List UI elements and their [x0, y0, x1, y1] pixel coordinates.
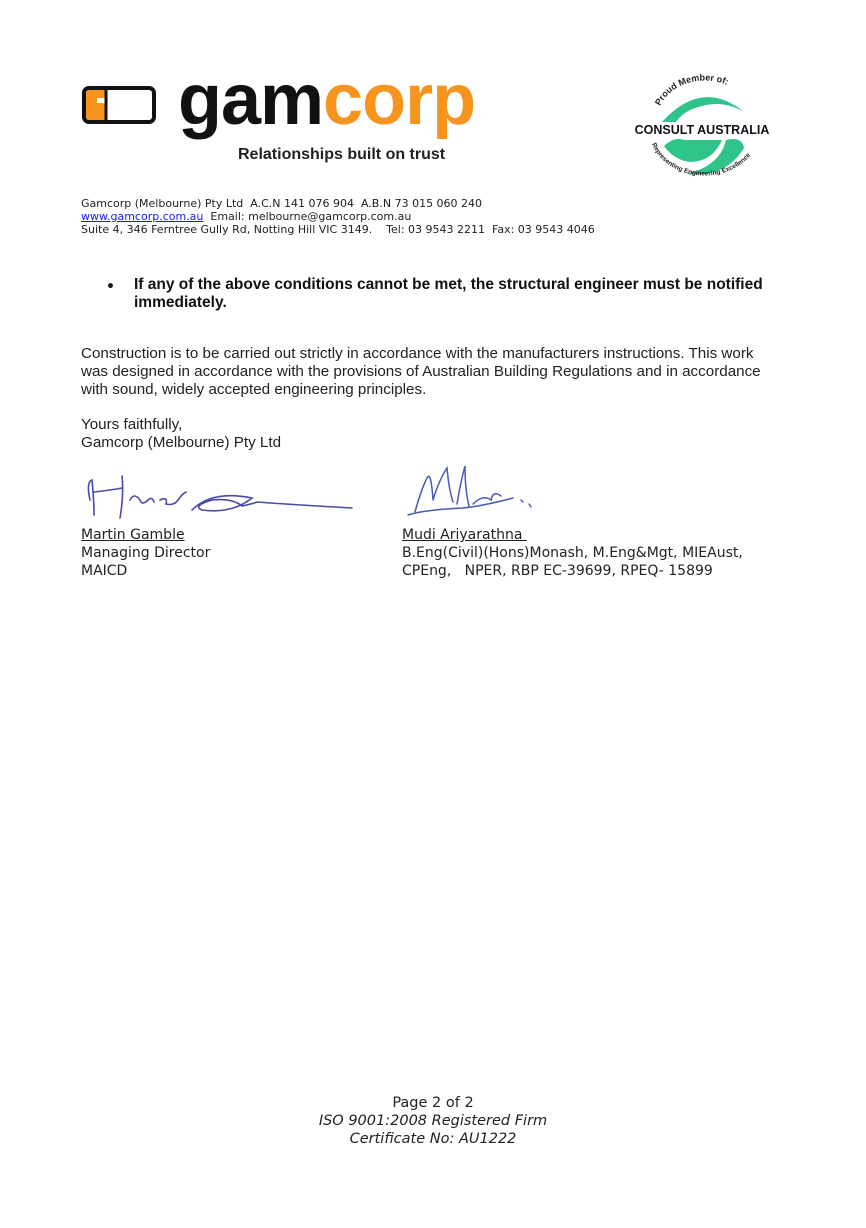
signatory-mudi-ariyarathna: Mudi Ariyarathna B.Eng(Civil)(Hons)Monas…: [402, 526, 743, 580]
logo-word-dark: gam: [178, 60, 323, 140]
consult-australia-badge-icon: Proud Member of: CONSULT AUSTRALIA Repre…: [622, 66, 782, 196]
signature-martin-gamble-icon: [82, 470, 357, 525]
signatory-credentials: CPEng, NPER, RBP EC-39699, RPEQ- 15899: [402, 562, 743, 580]
closing: Yours faithfully, Gamcorp (Melbourne) Pt…: [81, 416, 281, 452]
page-number: Page 2 of 2: [0, 1094, 866, 1112]
website-link[interactable]: www.gamcorp.com.au: [81, 210, 203, 223]
signatory-name: Martin Gamble: [81, 526, 210, 544]
notice-bullet: If any of the above conditions cannot be…: [134, 276, 784, 312]
signatory-qualifications: B.Eng(Civil)(Hons)Monash, M.Eng&Mgt, MIE…: [402, 544, 743, 562]
logo-word-accent: corp: [323, 60, 475, 140]
company-address: Suite 4, 346 Ferntree Gully Rd, Notting …: [81, 223, 595, 236]
company-info: Gamcorp (Melbourne) Pty Ltd A.C.N 141 07…: [81, 197, 595, 236]
signatory-credentials: MAICD: [81, 562, 210, 580]
email-text: Email: melbourne@gamcorp.com.au: [203, 210, 411, 223]
signatory-name: Mudi Ariyarathna: [402, 526, 743, 544]
page-footer: Page 2 of 2 ISO 9001:2008 Registered Fir…: [0, 1094, 866, 1148]
bullet-marker: •: [106, 279, 115, 295]
company-registration: Gamcorp (Melbourne) Pty Ltd A.C.N 141 07…: [81, 197, 595, 210]
closing-company: Gamcorp (Melbourne) Pty Ltd: [81, 434, 281, 452]
construction-paragraph: Construction is to be carried out strict…: [81, 345, 781, 399]
certificate-number: Certificate No: AU1222: [0, 1130, 866, 1148]
closing-salutation: Yours faithfully,: [81, 416, 281, 434]
gamcorp-logo-wordmark: gamcorp: [178, 64, 475, 136]
signature-mudi-ariyarathna-icon: [403, 460, 553, 520]
iso-registration: ISO 9001:2008 Registered Firm: [0, 1112, 866, 1130]
signatory-title: Managing Director: [81, 544, 210, 562]
logo-tagline: Relationships built on trust: [238, 146, 445, 164]
signatory-martin-gamble: Martin Gamble Managing Director MAICD: [81, 526, 210, 580]
gamcorp-logo-icon: [82, 86, 156, 124]
badge-title: CONSULT AUSTRALIA: [635, 123, 770, 137]
